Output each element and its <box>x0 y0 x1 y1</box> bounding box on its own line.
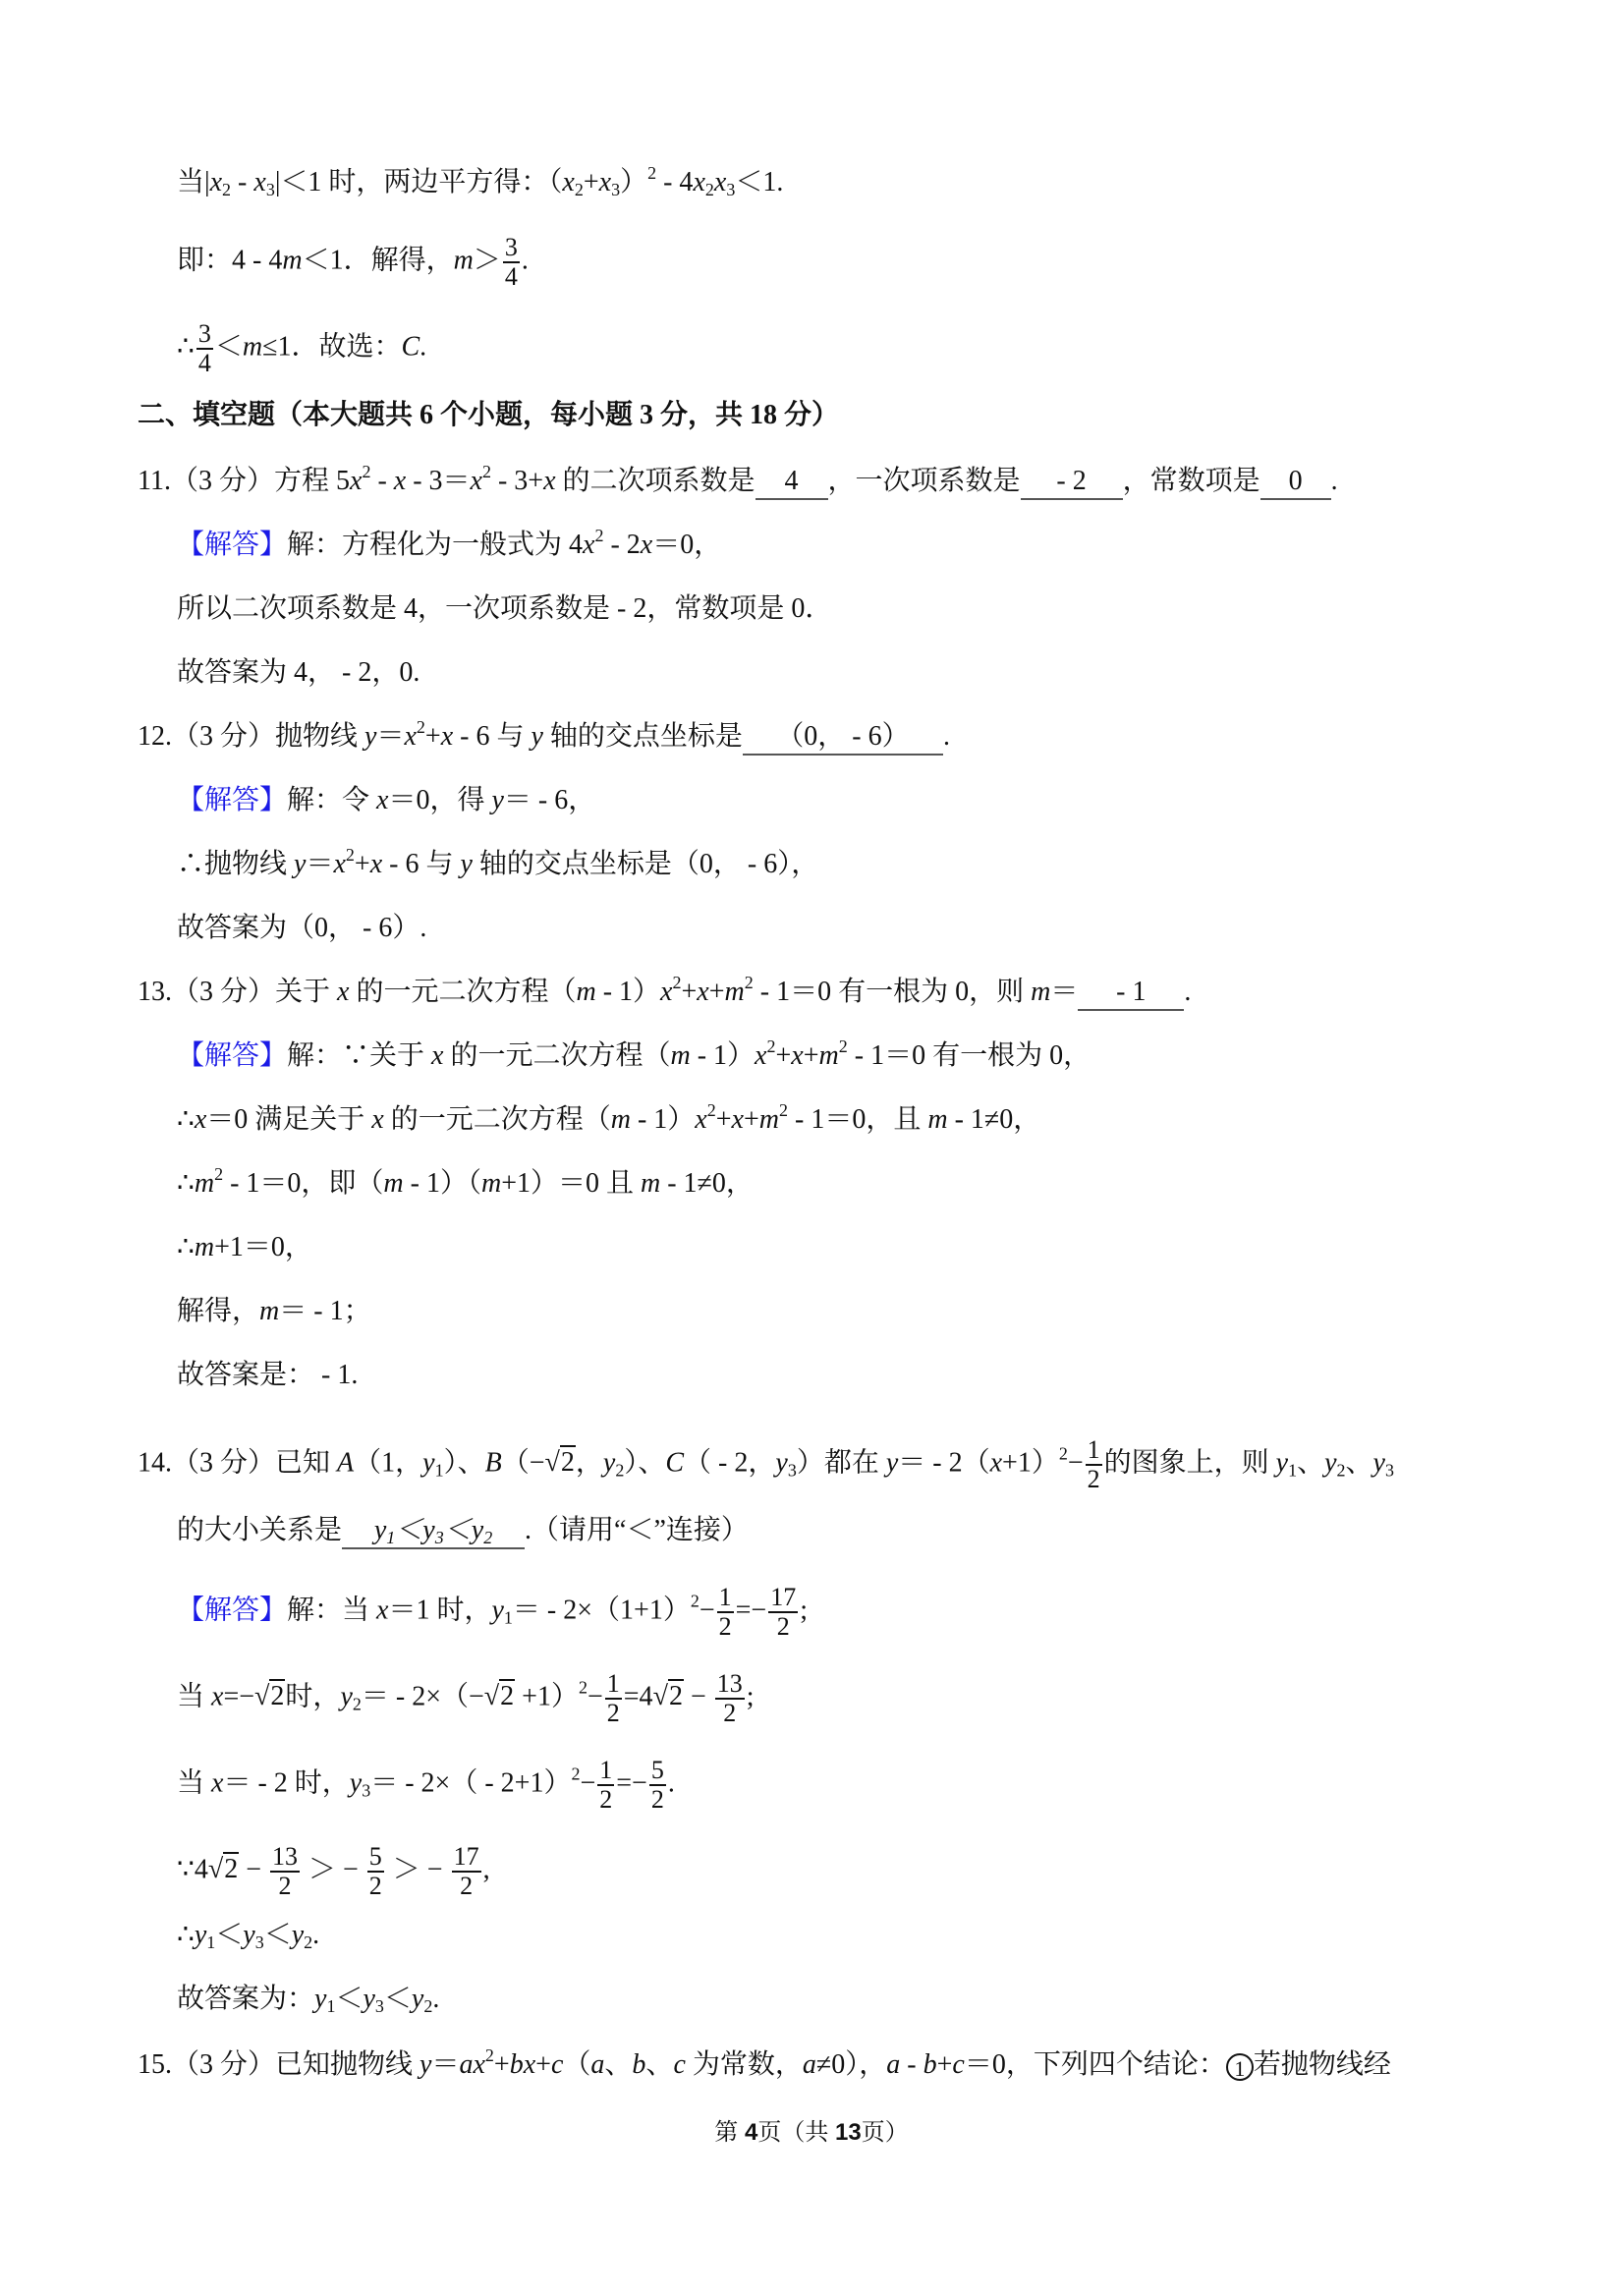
sqrt: √2 <box>653 1677 684 1716</box>
fraction: 172 <box>768 1584 798 1641</box>
text: 页） <box>862 2119 909 2146</box>
q14-solution-1: 【解答】解：当 x＝1 时，y1＝ - 2×（1+1）2−12=−172; <box>177 1584 808 1641</box>
fraction: 34 <box>503 234 520 291</box>
fraction: 52 <box>367 1843 384 1900</box>
text: 的大小关系是 <box>177 1515 342 1545</box>
question-14-line-1: 14.（3 分）已知 A（1，y1）、B（−√2，y2）、C（ - 2，y3）都… <box>138 1436 1394 1493</box>
question-score: （3 分） <box>172 721 275 752</box>
sqrt: √2 <box>254 1677 285 1716</box>
fraction: 12 <box>1086 1436 1102 1493</box>
text: . <box>1331 466 1338 496</box>
total-pages: 13 <box>835 2119 862 2146</box>
question-score: （3 分） <box>172 2049 275 2080</box>
q13-solution-6: 故答案是： - 1. <box>177 1356 358 1395</box>
question-number: 11. <box>138 466 171 496</box>
answer-blank: （0， - 6） <box>743 720 943 756</box>
text: ，常数项是 <box>1123 466 1260 496</box>
answer-blank-3: 0 <box>1260 465 1331 500</box>
q14-solution-2: 当 x=−√2时，y2＝ - 2×（−√2 +1）2−12=4√2 − 132; <box>177 1670 755 1727</box>
answer-blank: y1＜y3＜y2 <box>342 1514 525 1549</box>
sqrt: √2 <box>545 1443 576 1483</box>
q11-solution-3: 故答案为 4， - 2，0. <box>177 653 420 693</box>
q13-solution-1: 【解答】解：∵关于 x 的一元二次方程（m - 1）x2+x+m2 - 1＝0 … <box>177 1036 1091 1076</box>
q13-solution-3: ∴m2 - 1＝0，即（m - 1）（m+1）＝0 且 m - 1≠0， <box>177 1164 754 1204</box>
question-number: 15. <box>138 2049 172 2080</box>
question-score: （3 分） <box>172 1447 275 1478</box>
question-number: 12. <box>138 721 172 752</box>
prev-solution-line-1: 当|x2 - x3|＜1 时，两边平方得：（x2+x3）2 - 4x2x3＜1. <box>177 163 783 202</box>
fraction: 172 <box>452 1843 481 1900</box>
fraction: 34 <box>196 320 213 377</box>
q13-solution-2: ∴x＝0 满足关于 x 的一元二次方程（m - 1）x2+x+m2 - 1＝0，… <box>177 1100 1040 1140</box>
fraction: 12 <box>717 1584 734 1641</box>
solution-label: 【解答】 <box>177 785 287 815</box>
text: 页（共 <box>757 2119 835 2146</box>
prev-solution-line-2: 即：4 - 4m＜1．解得，m＞34. <box>177 234 529 291</box>
text: .（请用“＜”连接） <box>525 1515 749 1545</box>
fraction: 52 <box>649 1757 666 1814</box>
question-11: 11.（3 分）方程 5x2 - x - 3＝x2 - 3+x 的二次项系数是4… <box>138 462 1338 501</box>
sqrt: √2 <box>208 1850 239 1889</box>
answer-blank-1: 4 <box>756 465 828 500</box>
q11-solution-2: 所以二次项系数是 4，一次项系数是 - 2，常数项是 0． <box>177 589 832 629</box>
q14-solution-3: 当 x＝ - 2 时，y3＝ - 2×（ - 2+1）2−12=−52. <box>177 1757 675 1814</box>
question-number: 13. <box>138 977 172 1007</box>
sqrt: √2 <box>484 1677 515 1716</box>
text: . <box>943 721 950 752</box>
q14-solution-5: ∴y1＜y3＜y2. <box>177 1916 319 1955</box>
q14-solution-4: ∵4√2 − 132 ＞ − 52 ＞ − 172, <box>177 1843 490 1900</box>
answer-blank: - 1 <box>1078 976 1184 1011</box>
q11-solution-1: 【解答】解：方程化为一般式为 4x2 - 2x＝0， <box>177 526 721 565</box>
question-14-line-2: 的大小关系是y1＜y3＜y2.（请用“＜”连接） <box>177 1511 749 1550</box>
solution-label: 【解答】 <box>177 1040 287 1071</box>
question-number: 14. <box>138 1447 172 1478</box>
text: ，一次项系数是 <box>828 466 1021 496</box>
question-15: 15.（3 分）已知抛物线 y＝ax2+bx+c（a、b、c 为常数，a≠0），… <box>138 2045 1391 2085</box>
q13-solution-4: ∴m+1＝0， <box>177 1228 312 1267</box>
fraction: 12 <box>597 1757 614 1814</box>
fraction: 132 <box>270 1843 300 1900</box>
q12-solution-2: ∴抛物线 y＝x2+x - 6 与 y 轴的交点坐标是（0， - 6）， <box>177 845 818 884</box>
q14-solution-6: 故答案为：y1＜y3＜y2. <box>177 1980 439 2019</box>
question-12: 12.（3 分）抛物线 y＝x2+x - 6 与 y 轴的交点坐标是（0， - … <box>138 717 950 756</box>
q13-solution-5: 解得，m＝ - 1； <box>177 1292 371 1331</box>
fraction: 132 <box>715 1670 745 1727</box>
q12-solution-1: 【解答】解：令 x＝0，得 y＝ - 6， <box>177 781 595 820</box>
fraction: 12 <box>605 1670 622 1727</box>
solution-label: 【解答】 <box>177 1595 287 1625</box>
solution-label: 【解答】 <box>177 530 287 560</box>
page-number: 4 <box>745 2119 757 2146</box>
prev-solution-line-3: ∴34＜m≤1．故选：C. <box>177 320 426 377</box>
document-page: 当|x2 - x3|＜1 时，两边平方得：（x2+x3）2 - 4x2x3＜1.… <box>0 0 1623 2296</box>
circled-number-1: 1 <box>1226 2053 1254 2081</box>
q12-solution-3: 故答案为（0， - 6）. <box>177 909 426 948</box>
answer-blank-2: - 2 <box>1021 465 1123 500</box>
question-13: 13.（3 分）关于 x 的一元二次方程（m - 1）x2+x+m2 - 1＝0… <box>138 973 1191 1012</box>
text: 第 <box>714 2119 745 2146</box>
question-score: （3 分） <box>172 977 275 1007</box>
section-title: 二、填空题（本大题共 6 个小题，每小题 3 分，共 18 分） <box>138 396 839 435</box>
question-score: （3 分） <box>171 466 274 496</box>
text: . <box>1184 977 1191 1007</box>
page-footer: 第 4页（共 13页） <box>0 2112 1623 2147</box>
